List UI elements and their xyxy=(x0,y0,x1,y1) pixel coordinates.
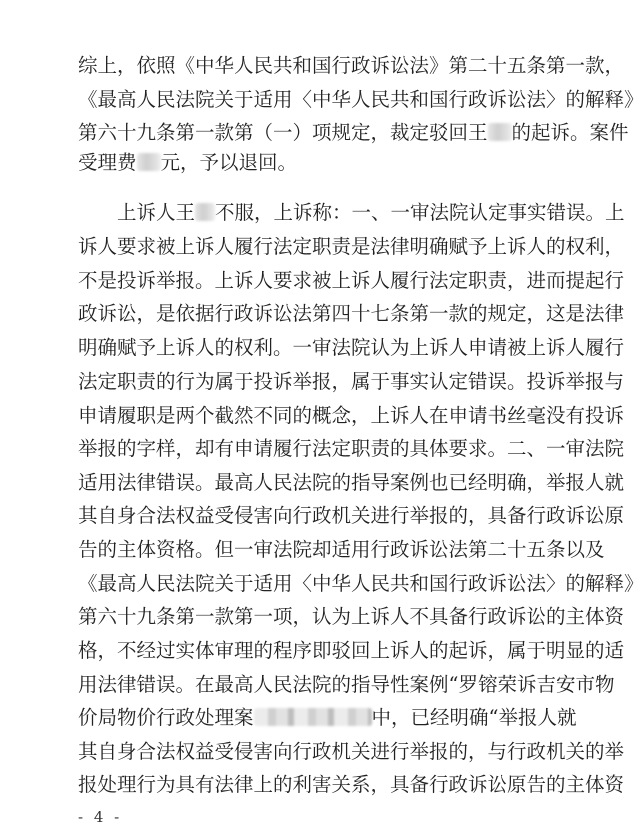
page-number: - 4 - xyxy=(78,808,122,826)
text-line: 告的主体资格。但一审法院却适用行政诉讼法第二十五条以及 xyxy=(78,533,566,567)
redacted-name xyxy=(488,123,512,141)
redacted-case-number xyxy=(254,708,372,726)
text-segment: 不服，上诉称：一、一审法院认定事实错误。上 xyxy=(215,201,625,224)
text-line: 适用法律错误。最高人民法院的指导案例也已经明确，举报人就 xyxy=(78,466,566,500)
text-line: 政诉讼，是依据行政诉讼法第四十七条第一款的规定，这是法律 xyxy=(78,297,566,331)
text-line: 不是投诉举报。上诉人要求被上诉人履行法定职责，进而提起行 xyxy=(78,264,566,298)
text-segment: 上诉人王 xyxy=(117,201,195,224)
text-line: 举报的字样，却有申请履行法定职责的具体要求。二、一审法院 xyxy=(78,432,566,466)
text-line: 受理费元，予以退回。 xyxy=(78,146,566,180)
text-line: 综上，依照《中华人民共和国行政诉讼法》第二十五条第一款， xyxy=(78,49,566,83)
text-segment: 受理费 xyxy=(78,151,137,174)
text-line: 报处理行为具有法律上的利害关系，具备行政诉讼原告的主体资 xyxy=(78,768,566,802)
text-segment: 元，予以退回。 xyxy=(161,151,298,174)
text-line: 上诉人王不服，上诉称：一、一审法院认定事实错误。上 xyxy=(117,196,566,230)
redacted-amount xyxy=(137,153,161,171)
text-line: 《最高人民法院关于适用〈中华人民共和国行政诉讼法〉的解释》 xyxy=(78,567,566,601)
text-segment: 中，已经明确“举报人就 xyxy=(372,706,577,729)
text-line: 价局物价行政处理案中，已经明确“举报人就 xyxy=(78,701,566,735)
text-line: 其自身合法权益受侵害向行政机关进行举报的，与行政机关的举 xyxy=(78,735,566,769)
text-line: 格，不经过实体审理的程序即驳回上诉人的起诉，属于明显的适 xyxy=(78,634,566,668)
text-line: 《最高人民法院关于适用〈中华人民共和国行政诉讼法〉的解释》 xyxy=(78,83,566,117)
document-page: 综上，依照《中华人民共和国行政诉讼法》第二十五条第一款， 《最高人民法院关于适用… xyxy=(0,0,640,840)
text-line: 用法律错误。在最高人民法院的指导性案例“罗镕荣诉吉安市物 xyxy=(78,668,566,702)
text-line: 其自身合法权益受侵害向行政机关进行举报的，具备行政诉讼原 xyxy=(78,499,566,533)
text-line: 第六十九条第一款第一项，认为上诉人不具备行政诉讼的主体资 xyxy=(78,600,566,634)
text-line: 第六十九条第一款第（一）项规定，裁定驳回王的起诉。案件 xyxy=(78,116,566,150)
text-segment: 第六十九条第一款第（一）项规定，裁定驳回王 xyxy=(78,121,488,144)
text-line: 申请履职是两个截然不同的概念，上诉人在申请书丝毫没有投诉 xyxy=(78,399,566,433)
text-line: 诉人要求被上诉人履行法定职责是法律明确赋予上诉人的权利， xyxy=(78,230,566,264)
text-line: 法定职责的行为属于投诉举报，属于事实认定错误。投诉举报与 xyxy=(78,365,566,399)
redacted-name xyxy=(195,203,215,221)
text-line: 明确赋予上诉人的权利。一审法院认为上诉人申请被上诉人履行 xyxy=(78,331,566,365)
text-segment: 的起诉。案件 xyxy=(512,121,629,144)
text-segment: 价局物价行政处理案 xyxy=(78,706,254,729)
